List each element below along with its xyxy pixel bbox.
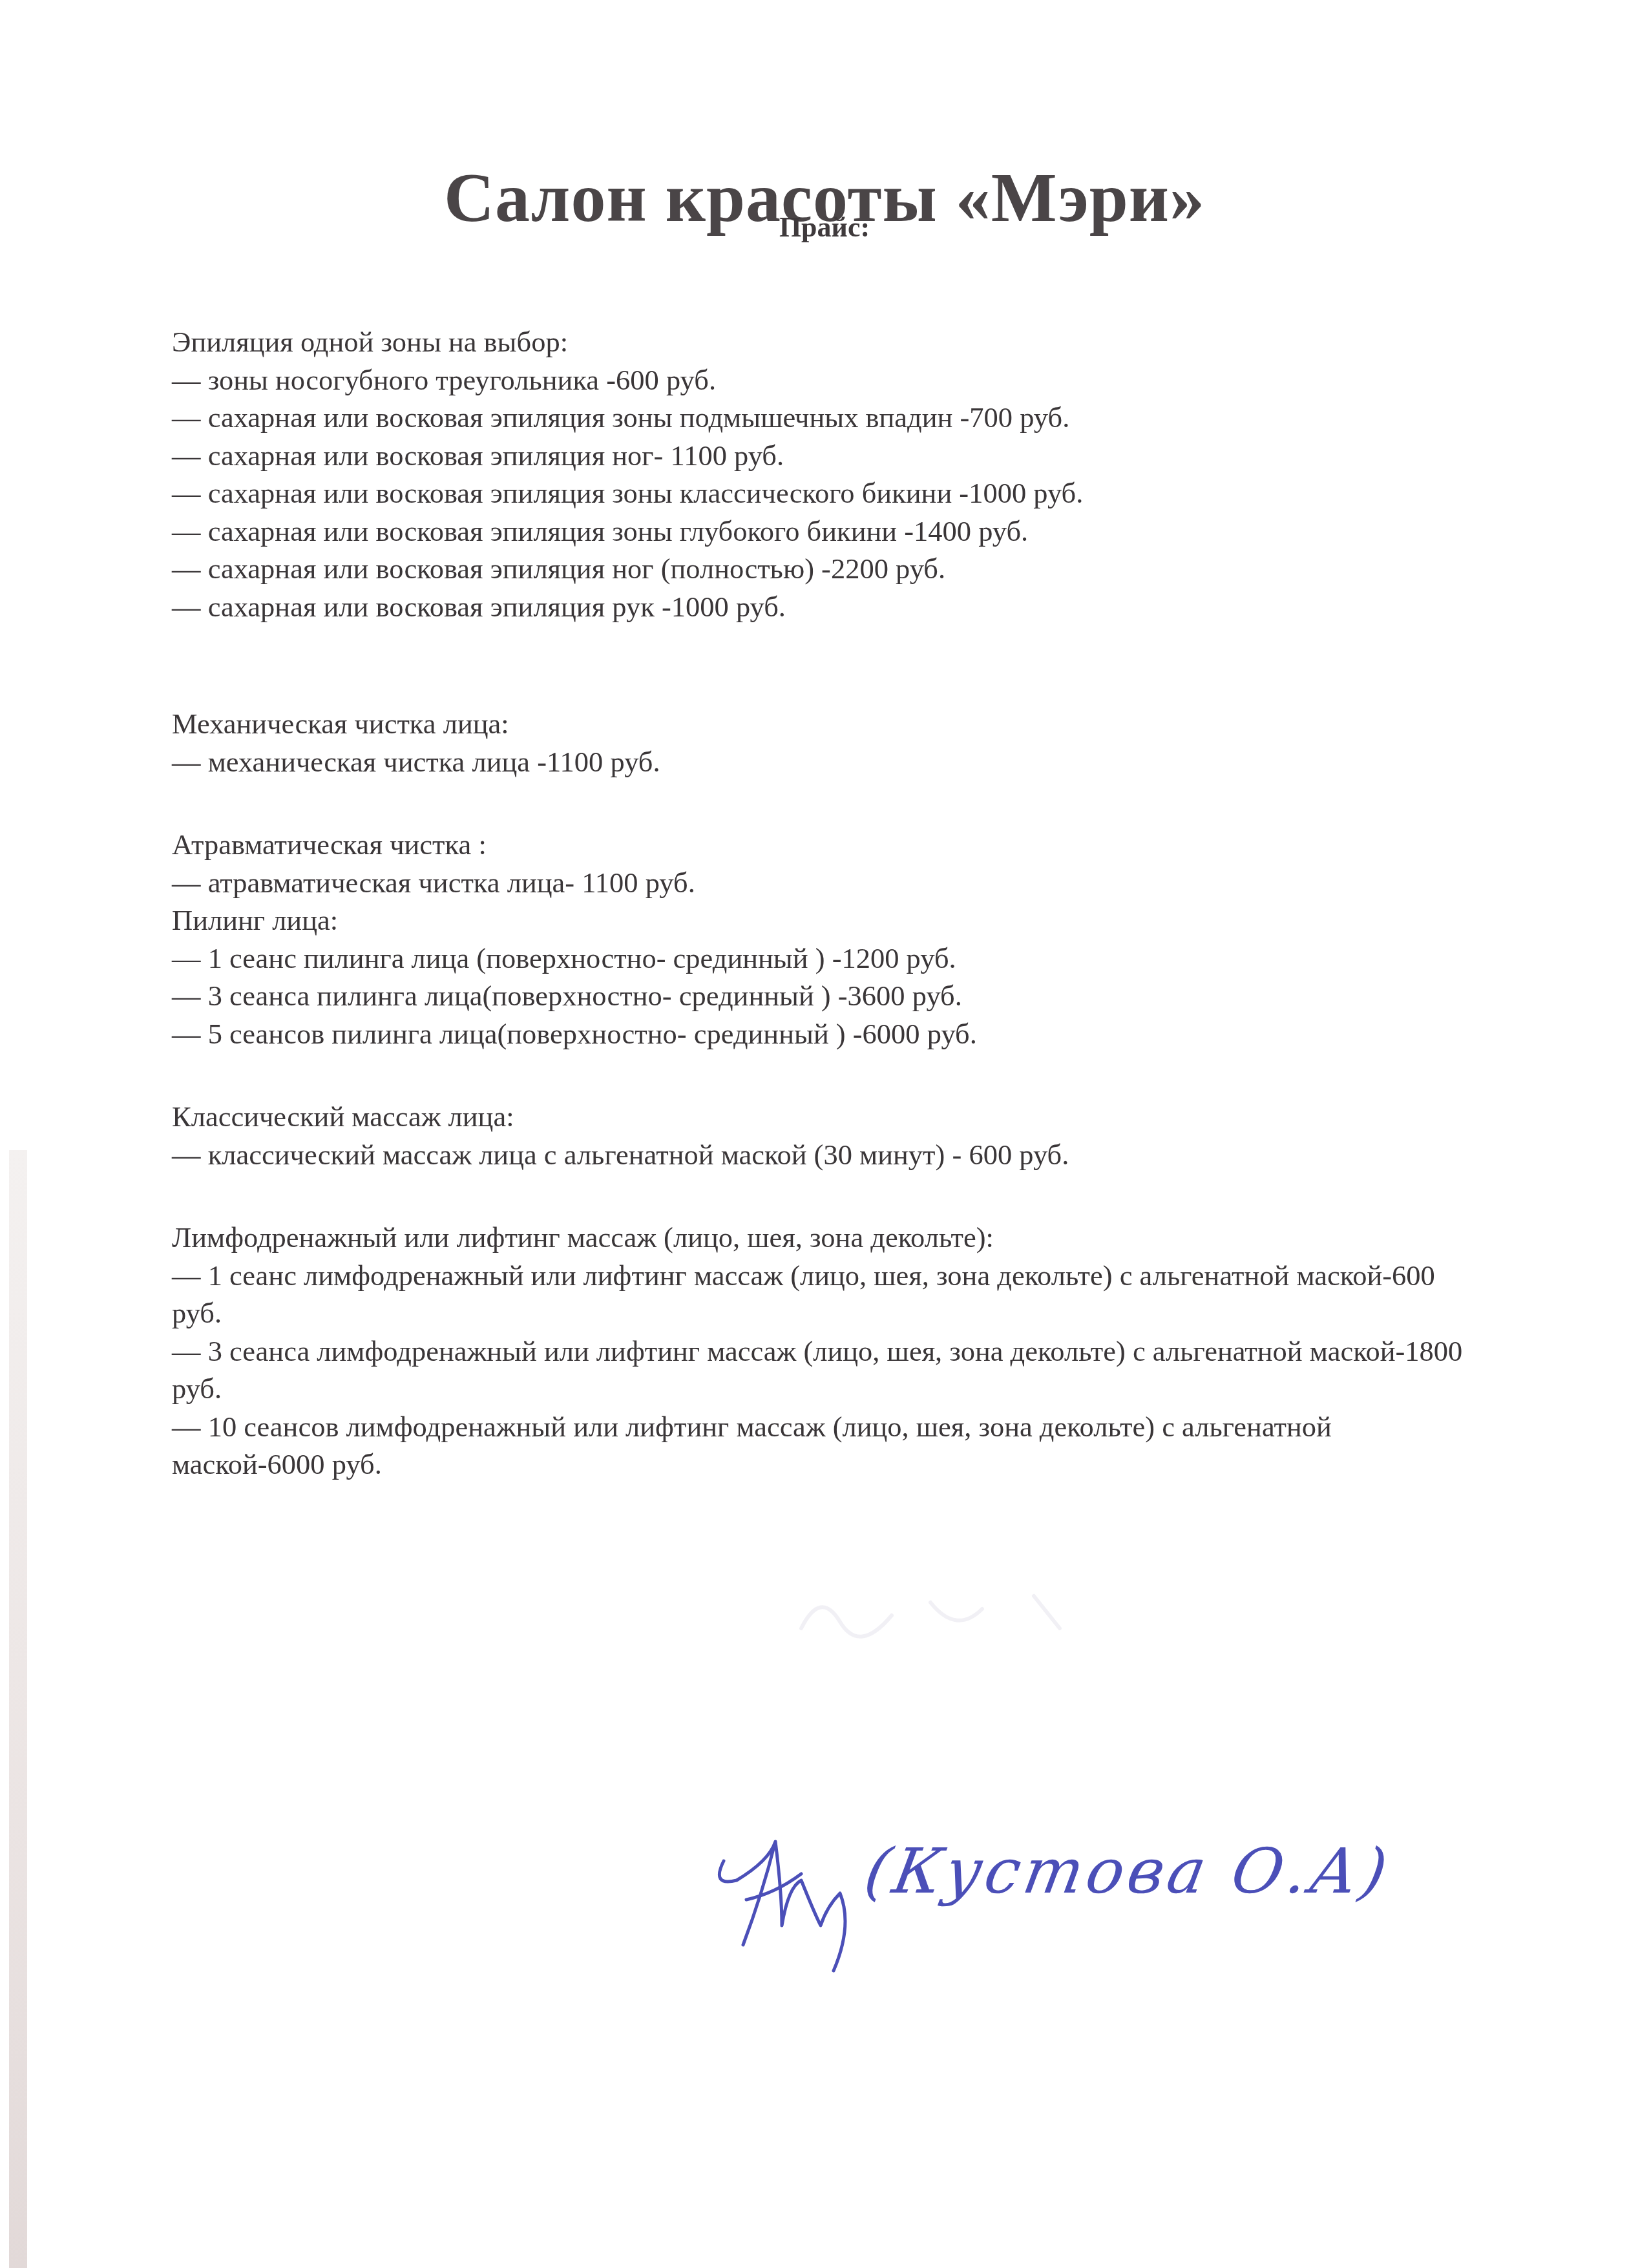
price-item: — 3 сеанса лимфодренажный или лифтинг ма… bbox=[172, 1332, 1484, 1408]
section-classic-massage: Классический массаж лица: — классический… bbox=[172, 1098, 1497, 1173]
section-heading: Механическая чистка лица: bbox=[172, 705, 1497, 743]
price-item: — сахарная или восковая эпиляция ног (по… bbox=[172, 550, 1497, 588]
price-item: — 1 сеанс лимфодренажный или лифтинг мас… bbox=[172, 1257, 1471, 1332]
price-item: — сахарная или восковая эпиляция рук -10… bbox=[172, 588, 1497, 626]
scan-page-edge bbox=[9, 1150, 27, 2268]
spacer bbox=[172, 781, 1497, 826]
price-item: — механическая чистка лица -1100 руб. bbox=[172, 743, 1497, 781]
section-lymph-drainage-massage: Лимфодренажный или лифтинг массаж (лицо,… bbox=[172, 1219, 1497, 1484]
price-item: — 10 сеансов лимфодренажный или лифтинг … bbox=[172, 1408, 1341, 1484]
price-item: — зоны носогубного треугольника -600 руб… bbox=[172, 361, 1497, 399]
spacer bbox=[172, 1173, 1497, 1219]
price-item: — 5 сеансов пилинга лица(поверхностно- с… bbox=[172, 1015, 1497, 1053]
section-epilation: Эпиляция одной зоны на выбор: — зоны нос… bbox=[172, 323, 1497, 625]
section-heading: Классический массаж лица: bbox=[172, 1098, 1497, 1136]
section-heading: Атравматическая чистка : bbox=[172, 826, 1497, 864]
signature-name: (Кустова О.А) bbox=[859, 1835, 1396, 1907]
price-item: — сахарная или восковая эпиляция зоны кл… bbox=[172, 474, 1497, 512]
section-heading: Пилинг лица: bbox=[172, 901, 1497, 940]
section-mechanical-cleaning: Механическая чистка лица: — механическая… bbox=[172, 705, 1497, 781]
price-item: — классический массаж лица с альгенатной… bbox=[172, 1136, 1497, 1174]
price-item: — сахарная или восковая эпиляция ног- 11… bbox=[172, 437, 1497, 475]
section-atraumatic-cleaning: Атравматическая чистка : — атравматическ… bbox=[172, 826, 1497, 901]
price-item: — сахарная или восковая эпиляция зоны гл… bbox=[172, 512, 1497, 551]
signature-block: (Кустова О.А) bbox=[698, 1796, 1538, 1977]
spacer bbox=[172, 625, 1497, 705]
price-item: — 3 сеанса пилинга лица(поверхностно- ср… bbox=[172, 977, 1497, 1015]
faint-stamp-mark bbox=[762, 1577, 1150, 1654]
section-heading: Лимфодренажный или лифтинг массаж (лицо,… bbox=[172, 1219, 1497, 1257]
price-item: — атравматическая чистка лица- 1100 руб. bbox=[172, 864, 1497, 902]
price-list: Эпиляция одной зоны на выбор: — зоны нос… bbox=[172, 323, 1497, 1484]
section-heading: Эпиляция одной зоны на выбор: bbox=[172, 323, 1497, 361]
section-peeling: Пилинг лица: — 1 сеанс пилинга лица (пов… bbox=[172, 901, 1497, 1053]
price-item: — сахарная или восковая эпиляция зоны по… bbox=[172, 399, 1497, 437]
price-list-subtitle: Прайс: bbox=[0, 208, 1649, 247]
price-item: — 1 сеанс пилинга лица (поверхностно- ср… bbox=[172, 940, 1497, 978]
spacer bbox=[172, 1053, 1497, 1098]
